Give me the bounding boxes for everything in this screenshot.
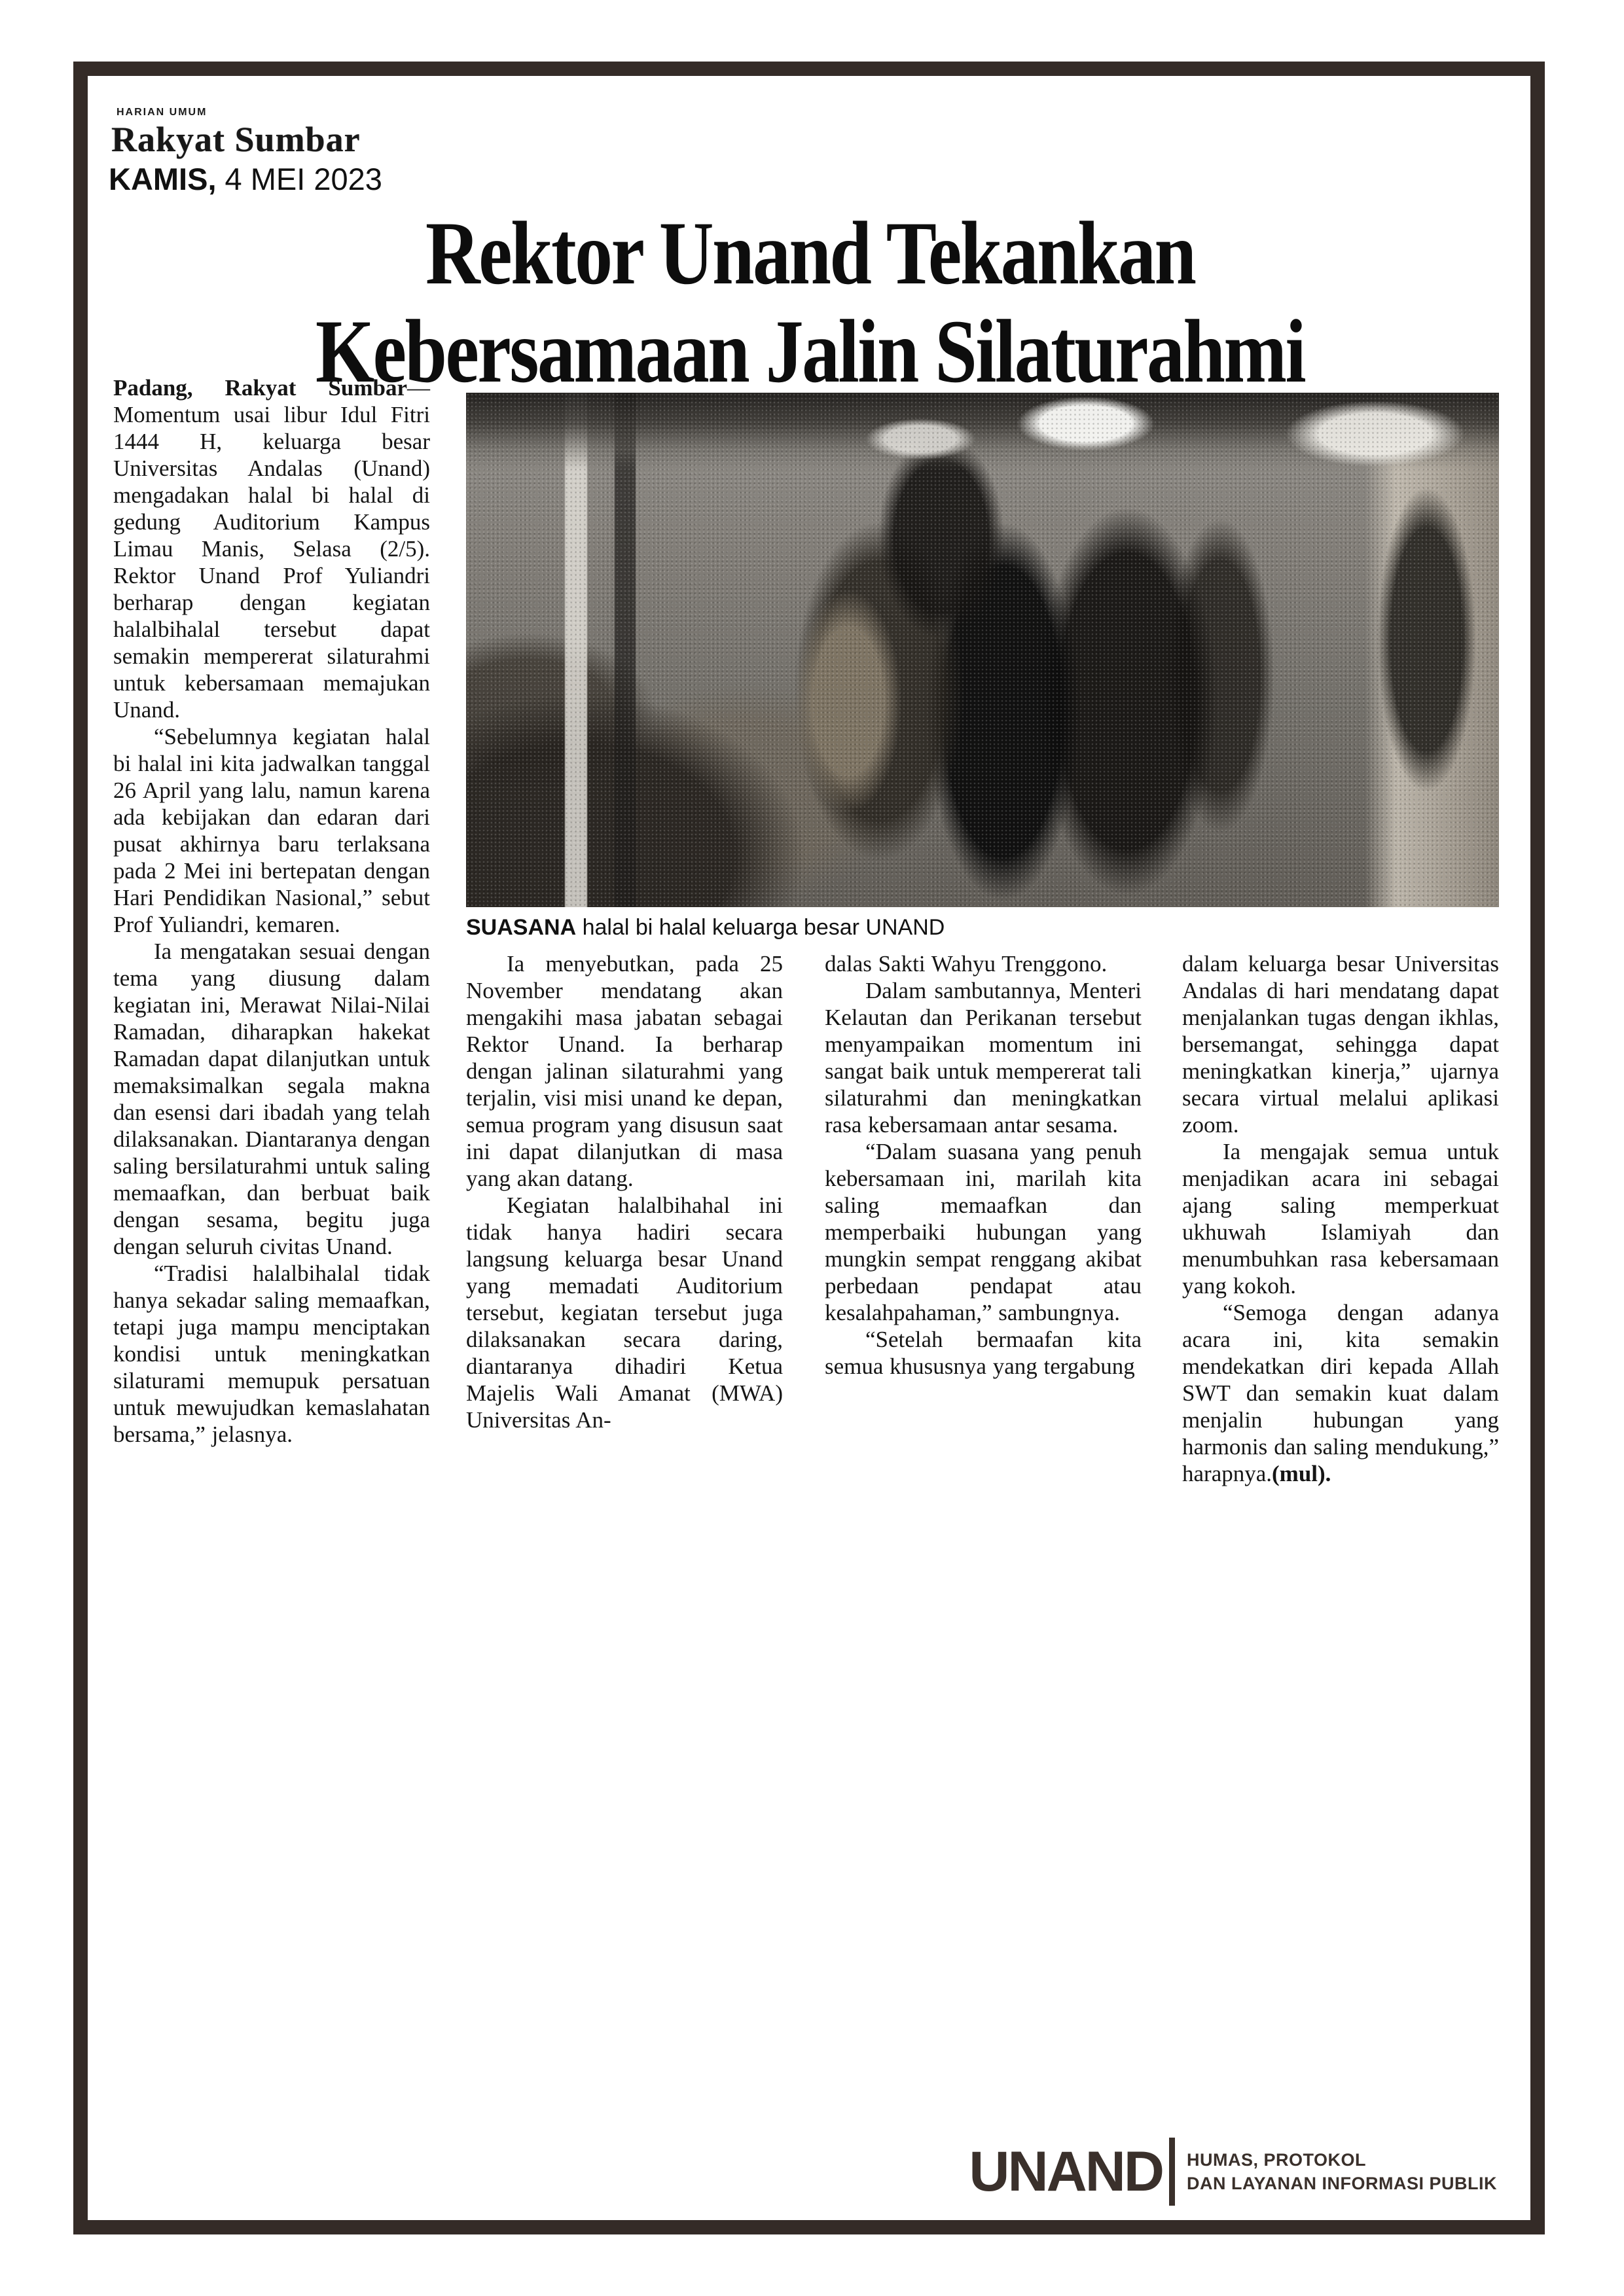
headline-line-1: Rektor Unand Tekankan: [88, 204, 1532, 302]
caption-text: halal bi halal keluarga besar UNAND: [576, 915, 945, 940]
author-signature: (mul).: [1272, 1461, 1331, 1486]
paper-name: Rakyat Sumbar: [111, 119, 361, 160]
issue-date: KAMIS, 4 MEI 2023: [109, 161, 382, 197]
newspaper-clipping-page: { "masthead": { "tagline": "HARIAN UMUM"…: [0, 0, 1624, 2296]
paper-tagline: HARIAN UMUM: [117, 107, 207, 118]
article-headline: Rektor Unand Tekankan Kebersamaan Jalin …: [88, 204, 1532, 401]
footer-logo: UNAND HUMAS, PROTOKOL DAN LAYANAN INFORM…: [969, 2138, 1497, 2206]
paragraph-text: —Momentum usai libur Idul Fitri 1444 H, …: [113, 375, 430, 723]
paragraph: “Sebelumnya kegiatan halal bi halal ini …: [113, 723, 430, 938]
paragraph-continuation: dalam keluarga besar Universitas Andalas…: [1182, 950, 1499, 1138]
footer-brand: UNAND: [969, 2144, 1163, 2200]
paragraph-text: “Semoga dengan adanya acara ini, kita se…: [1182, 1300, 1499, 1486]
paragraph-dateline: Padang, Rakyat Sumbar—Momentum usai libu…: [113, 374, 430, 723]
paragraph: “Setelah bermaafan kita semua khususnya …: [825, 1326, 1142, 1380]
paragraph: Ia menyebutkan, pada 25 November mendata…: [466, 950, 783, 1192]
caption-lead: SUASANA: [466, 915, 576, 940]
paragraph: Kegiatan halalbihahal ini tidak hanya ha…: [466, 1192, 783, 1433]
paragraph: Dalam sambutannya, Menteri Kelautan dan …: [825, 977, 1142, 1138]
footer-divider: [1169, 2138, 1175, 2206]
photo-caption: SUASANA halal bi halal keluarga besar UN…: [466, 915, 1499, 941]
paragraph-continuation: dalas Sakti Wahyu Trenggono.: [825, 950, 1142, 977]
article-column-1: Padang, Rakyat Sumbar—Momentum usai libu…: [113, 374, 430, 1448]
paragraph: “Dalam suasana yang penuh kebersamaan in…: [825, 1138, 1142, 1326]
issue-date-text: 4 MEI 2023: [217, 162, 382, 196]
footer-dept-line-2: DAN LAYANAN INFORMASI PUBLIK: [1187, 2172, 1497, 2195]
article-photo: [466, 393, 1499, 907]
paragraph: Ia mengatakan sesuai dengan tema yang di…: [113, 938, 430, 1260]
paragraph: “Tradisi halalbihalal tidak hanya sekada…: [113, 1260, 430, 1448]
footer-dept-line-1: HUMAS, PROTOKOL: [1187, 2148, 1497, 2172]
dateline-lead: Padang, Rakyat Sumbar: [113, 375, 407, 401]
article-column-2: Ia menyebutkan, pada 25 November mendata…: [466, 950, 783, 1433]
issue-day: KAMIS,: [109, 162, 217, 196]
article-column-4: dalam keluarga besar Universitas Andalas…: [1182, 950, 1499, 1487]
paragraph: Ia mengajak semua untuk menjadikan acara…: [1182, 1138, 1499, 1299]
paragraph: “Semoga dengan adanya acara ini, kita se…: [1182, 1299, 1499, 1487]
article-column-3: dalas Sakti Wahyu Trenggono. Dalam sambu…: [825, 950, 1142, 1380]
footer-department: HUMAS, PROTOKOL DAN LAYANAN INFORMASI PU…: [1187, 2148, 1497, 2195]
